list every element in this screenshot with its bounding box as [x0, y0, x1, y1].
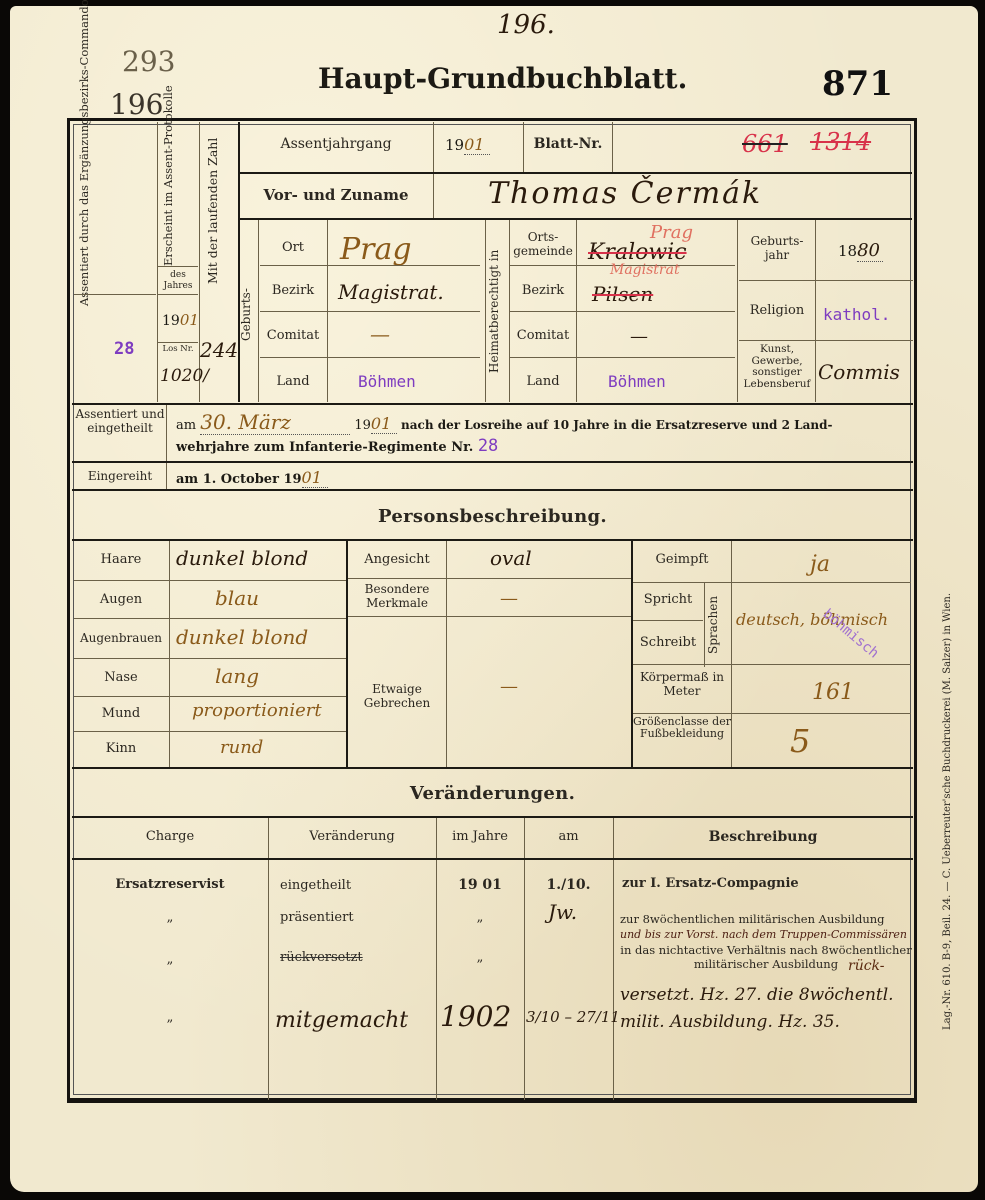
assentjahrgang-prefix: 19 [445, 136, 464, 154]
col2-year: 1901 [162, 311, 199, 329]
col-header-beschreibung: Beschreibung [613, 829, 913, 846]
haare-label: Haare [74, 552, 168, 568]
angesicht-value: oval [490, 546, 532, 570]
row2-charge: „ [72, 910, 268, 926]
birth-ort-value: Prag [340, 232, 412, 267]
divider [74, 731, 346, 732]
row2-am: Jw. [548, 900, 577, 924]
eingereiht-value: am 1. October 1901 [176, 468, 328, 488]
kinn-value: rund [220, 737, 263, 758]
divider [157, 122, 158, 402]
stamped-number-bottom: 196 [110, 88, 163, 121]
eingereiht-label: Eingereiht [74, 469, 166, 483]
name-label: Vor- und Zuname [240, 186, 432, 204]
divider [72, 489, 913, 491]
gebrechen-value: — [500, 676, 518, 697]
assentiert-year-prefix: 19 [354, 418, 371, 433]
divider [815, 220, 816, 402]
koerpermass-value: 161 [812, 680, 854, 705]
groessenclasse-label: Größenclasse der Fußbekleidung [633, 716, 731, 740]
groessenclasse-value: 5 [790, 722, 810, 760]
divider [739, 340, 913, 341]
divider [238, 122, 240, 402]
birth-bezirk-value: Magistrat. [338, 280, 444, 304]
row1-charge: Ersatzreservist [72, 877, 268, 893]
divider [74, 696, 346, 697]
row3-charge: „ [72, 952, 268, 968]
domicile-land-value: Böhmen [608, 372, 666, 391]
divider [158, 294, 198, 295]
koerpermass-label: Körpermaß in Meter [633, 670, 731, 699]
col-header-jahr: im Jahre [436, 829, 524, 845]
domicile-bezirk-struck: Pilsen [592, 282, 653, 306]
birth-comitat-value: — [370, 322, 390, 346]
divider [260, 357, 480, 358]
divider [260, 311, 480, 312]
angesicht-label: Angesicht [348, 552, 446, 568]
row1-beschreibung: zur I. Ersatz-Compagnie [622, 876, 799, 892]
regiment-value: 28 [478, 436, 498, 456]
row1-veraenderung: eingetheilt [280, 878, 351, 894]
geburtsjahr-year: 80 [857, 240, 880, 261]
mund-label: Mund [74, 706, 168, 722]
nase-label: Nase [74, 670, 168, 686]
assentiert-text-line2: wehrjahre zum Infanterie-Regimente Nr. [176, 440, 473, 455]
sprachen-value: deutsch, böhmisch [736, 610, 888, 629]
divider [633, 713, 911, 714]
col1-value: 28 [114, 339, 134, 359]
divider [72, 461, 913, 463]
kinn-label: Kinn [74, 741, 168, 757]
assentiert-am: am [176, 418, 196, 433]
divider [72, 816, 913, 818]
divider [613, 818, 614, 1100]
assentiert-line1: am 30. März 1901 nach der Losreihe auf 1… [176, 410, 832, 435]
assentiert-label: Assentiert und eingetheilt [74, 407, 166, 436]
divider [158, 342, 198, 343]
veraenderungen-title: Veränderungen. [72, 783, 913, 805]
divider [169, 541, 170, 767]
row1-am: 1./10. [524, 877, 613, 894]
divider [446, 541, 447, 767]
divider [74, 658, 346, 659]
divider [633, 620, 703, 621]
col3-label: Mit der laufenden Zahl [206, 126, 234, 296]
row2-jahr: „ [436, 910, 524, 926]
geimpft-label: Geimpft [633, 552, 731, 568]
divider [737, 220, 738, 402]
divider [523, 122, 524, 172]
divider [72, 858, 913, 860]
domicile-bezirk-correction: Magistrat [610, 262, 680, 278]
assentiert-text-line1: nach der Losreihe auf 10 Jahre in die Er… [401, 418, 832, 432]
eingereiht-year: 01 [302, 468, 322, 487]
divider [72, 403, 913, 405]
augen-label: Augen [74, 592, 168, 608]
sprachen-label: Sprachen [707, 588, 727, 662]
divider [258, 220, 259, 402]
divider [268, 818, 269, 1100]
row3-jahr: „ [436, 950, 524, 966]
domicile-ortsgemeinde-correction: Prag [650, 222, 693, 243]
divider [348, 616, 631, 617]
gebrechen-label: Etwaige Gebrechen [348, 682, 446, 711]
assentiert-line2: wehrjahre zum Infanterie-Regimente Nr. 2… [176, 436, 498, 456]
domicile-comitat-label: Comitat [510, 328, 576, 344]
row4-am: 3/10 – 27/11 [526, 1008, 620, 1026]
col2-label: Erscheint im Assent-Protokolle [162, 126, 196, 266]
divider [633, 582, 911, 583]
augenbrauen-label: Augenbrauen [72, 631, 170, 645]
geimpft-value: ja [810, 552, 830, 577]
page-title: Haupt-Grundbuchblatt. [318, 62, 687, 95]
row4-charge: „ [72, 1010, 268, 1026]
domicile-comitat-value: — [630, 326, 648, 347]
mund-value: proportioniert [192, 700, 322, 721]
domicile-ortsgemeinde-label: Orts-gemeinde [510, 230, 576, 259]
birth-land-value: Böhmen [358, 372, 416, 391]
blatt-nr-value: 1314 [810, 128, 871, 156]
domicile-group-label: Heimatberechtigt in [488, 226, 506, 396]
divider [433, 174, 434, 218]
geburtsjahr-label: Geburts-jahr [739, 234, 815, 263]
row3-veraenderung: rückversetzt [280, 950, 363, 966]
assentiert-date: 30. März [200, 410, 291, 434]
beruf-label: Kunst, Gewerbe, sonstiger Lebensberuf [739, 344, 815, 390]
divider [72, 767, 913, 769]
geburtsjahr-value: 1880 [838, 240, 883, 262]
assentjahrgang-value: 1901 [445, 135, 490, 155]
blatt-nr-label: Blatt-Nr. [528, 136, 608, 153]
divider [612, 122, 613, 172]
divider [510, 357, 735, 358]
printer-note: Lag.-Nr. 610. B-9, Beil. 24. — C. Ueberr… [942, 560, 958, 1030]
assentiert-year: 01 [371, 414, 391, 433]
schreibt-label: Schreibt [633, 635, 703, 651]
row2-beschreibung: zur 8wöchentlichen militärischen Ausbild… [620, 913, 885, 927]
col2-sub-label: des Jahres [158, 270, 198, 292]
haare-value: dunkel blond [176, 546, 308, 570]
merkmale-label: Besondere Merkmale [348, 582, 446, 611]
col2-year-value: 01 [180, 311, 199, 329]
birth-comitat-label: Comitat [260, 328, 326, 344]
birth-ort-label: Ort [260, 240, 326, 256]
row1-jahr: 19 01 [436, 877, 524, 894]
divider [240, 172, 912, 174]
divider [510, 311, 735, 312]
divider [166, 405, 167, 461]
divider [166, 463, 167, 489]
divider [346, 541, 348, 767]
row2-veraenderung: präsentiert [280, 910, 354, 926]
birth-group-label: Geburts- [240, 280, 258, 350]
augen-value: blau [215, 586, 259, 610]
divider [348, 578, 631, 579]
divider [731, 541, 732, 767]
assentjahrgang-label: Assentjahrgang [240, 136, 432, 153]
divider [633, 664, 911, 665]
religion-value: kathol. [823, 305, 890, 324]
divider [74, 294, 156, 295]
domicile-bezirk-label: Bezirk [510, 283, 576, 299]
row2-beschreibung-hand: und bis zur Vorst. nach dem Truppen-Comm… [620, 928, 907, 941]
divider [524, 818, 525, 1100]
beruf-value: Commis [818, 360, 900, 384]
col-header-veraenderung: Veränderung [268, 829, 436, 845]
divider [433, 122, 434, 172]
divider [158, 266, 198, 267]
sheet-number: 871 [822, 64, 893, 104]
row4-veraenderung: mitgemacht [275, 1008, 408, 1033]
birth-bezirk-label: Bezirk [260, 283, 326, 299]
blatt-nr-struck: 661 [742, 130, 788, 158]
col-header-charge: Charge [72, 829, 268, 845]
col1-label: Assentiert durch das Ergänzungsbezirks-C… [78, 126, 150, 306]
divider [739, 280, 913, 281]
los-nr-label: Los Nr. [158, 344, 198, 354]
divider [74, 618, 346, 619]
name-value: Thomas Čermák [488, 176, 762, 211]
col2-year-prefix: 19 [162, 313, 180, 329]
divider [485, 220, 486, 402]
divider [704, 583, 705, 667]
birth-land-label: Land [260, 374, 326, 390]
divider [260, 265, 480, 266]
geburtsjahr-prefix: 18 [838, 242, 857, 260]
col-header-am: am [524, 829, 613, 845]
augenbrauen-value: dunkel blond [176, 625, 308, 649]
eingereiht-text: am 1. October 19 [176, 472, 302, 487]
top-handwritten-number: 196. [497, 10, 555, 40]
row4-jahr: 1902 [440, 1000, 511, 1033]
los-nr-value: 1020/ [160, 366, 209, 386]
domicile-land-label: Land [510, 374, 576, 390]
stamped-number-top: 293 [122, 45, 175, 78]
divider [72, 539, 913, 541]
assentjahrgang-year: 01 [464, 135, 484, 154]
spricht-label: Spricht [633, 592, 703, 608]
religion-label: Religion [739, 303, 815, 319]
row3-beschreibung-hand: rück- [848, 958, 885, 974]
merkmale-value: — [500, 588, 518, 609]
divider [74, 580, 346, 581]
row4-beschreibung: versetzt. Hz. 27. die 8wöchentl. milit. … [620, 982, 915, 1036]
col3-value: 244 [200, 338, 238, 362]
nase-value: lang [215, 664, 259, 688]
personsbeschreibung-title: Personsbeschreibung. [72, 506, 913, 528]
